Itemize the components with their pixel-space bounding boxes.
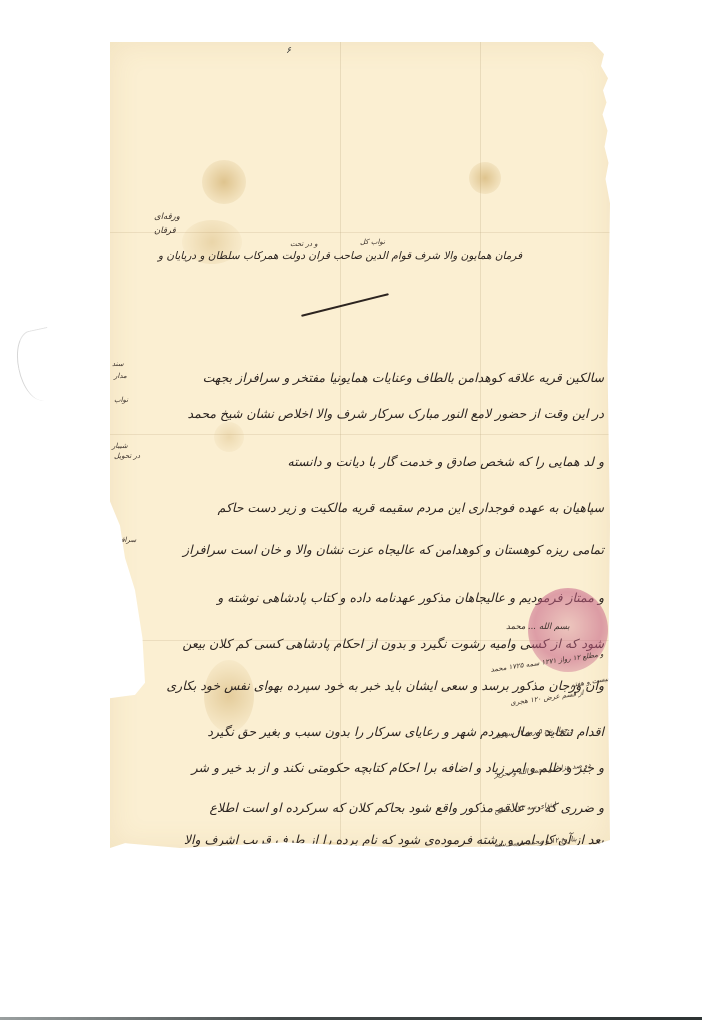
margin-note: بیعن: [116, 626, 129, 634]
margin-note: نواب: [114, 396, 128, 404]
document-heading: فرمان همایون والا شرف قوام الدین صاحب قر…: [158, 250, 522, 262]
margin-note: بکاری: [116, 670, 133, 678]
scanner-artifact: [11, 327, 62, 404]
margin-note: مدار: [114, 372, 127, 380]
water-stain: [214, 422, 244, 452]
margin-note: سرافراز: [112, 536, 136, 544]
page-number: ۶: [286, 46, 291, 56]
margin-note: سند: [112, 360, 124, 368]
water-stain: [202, 160, 246, 204]
margin-note: و هم: [116, 580, 130, 588]
margin-note: در تحویل: [114, 452, 140, 460]
fold-line-horizontal: [110, 434, 610, 435]
body-line: و لد همایی را که شخص صادق و خدمت گار با …: [288, 454, 604, 469]
body-line: وان ورجان مذکور برسد و سعی ایشان باید خب…: [166, 678, 604, 693]
water-stain: [204, 660, 254, 732]
body-line: سالکین قریه علاقه کوهدامن بالطاف وعنایات…: [203, 370, 604, 385]
water-stain: [469, 162, 501, 194]
marginal-note: ورقه‌ای: [154, 212, 180, 222]
interlinear-note: و در تحت: [290, 240, 318, 248]
body-line: سپاهیان به عهده فوجداری این مردم سقیمه ق…: [218, 500, 604, 515]
heading-flourish: [301, 293, 389, 317]
body-line: در این وقت از حضور لامع النور مبارک سرکا…: [188, 406, 604, 421]
margin-note: شیبار: [112, 442, 128, 450]
body-line: تمامی ریزه کوهستان و کوهدامن که عالیجاه …: [183, 542, 604, 557]
manuscript-page: ۶ ورقه‌ای قرقان و در تحت نواب کل فرمان ه…: [110, 42, 610, 848]
interlinear-note: نواب کل: [360, 238, 385, 246]
seal-inscription: بسم الله ... محمد: [506, 622, 570, 632]
marginal-note: قرقان: [154, 226, 176, 236]
